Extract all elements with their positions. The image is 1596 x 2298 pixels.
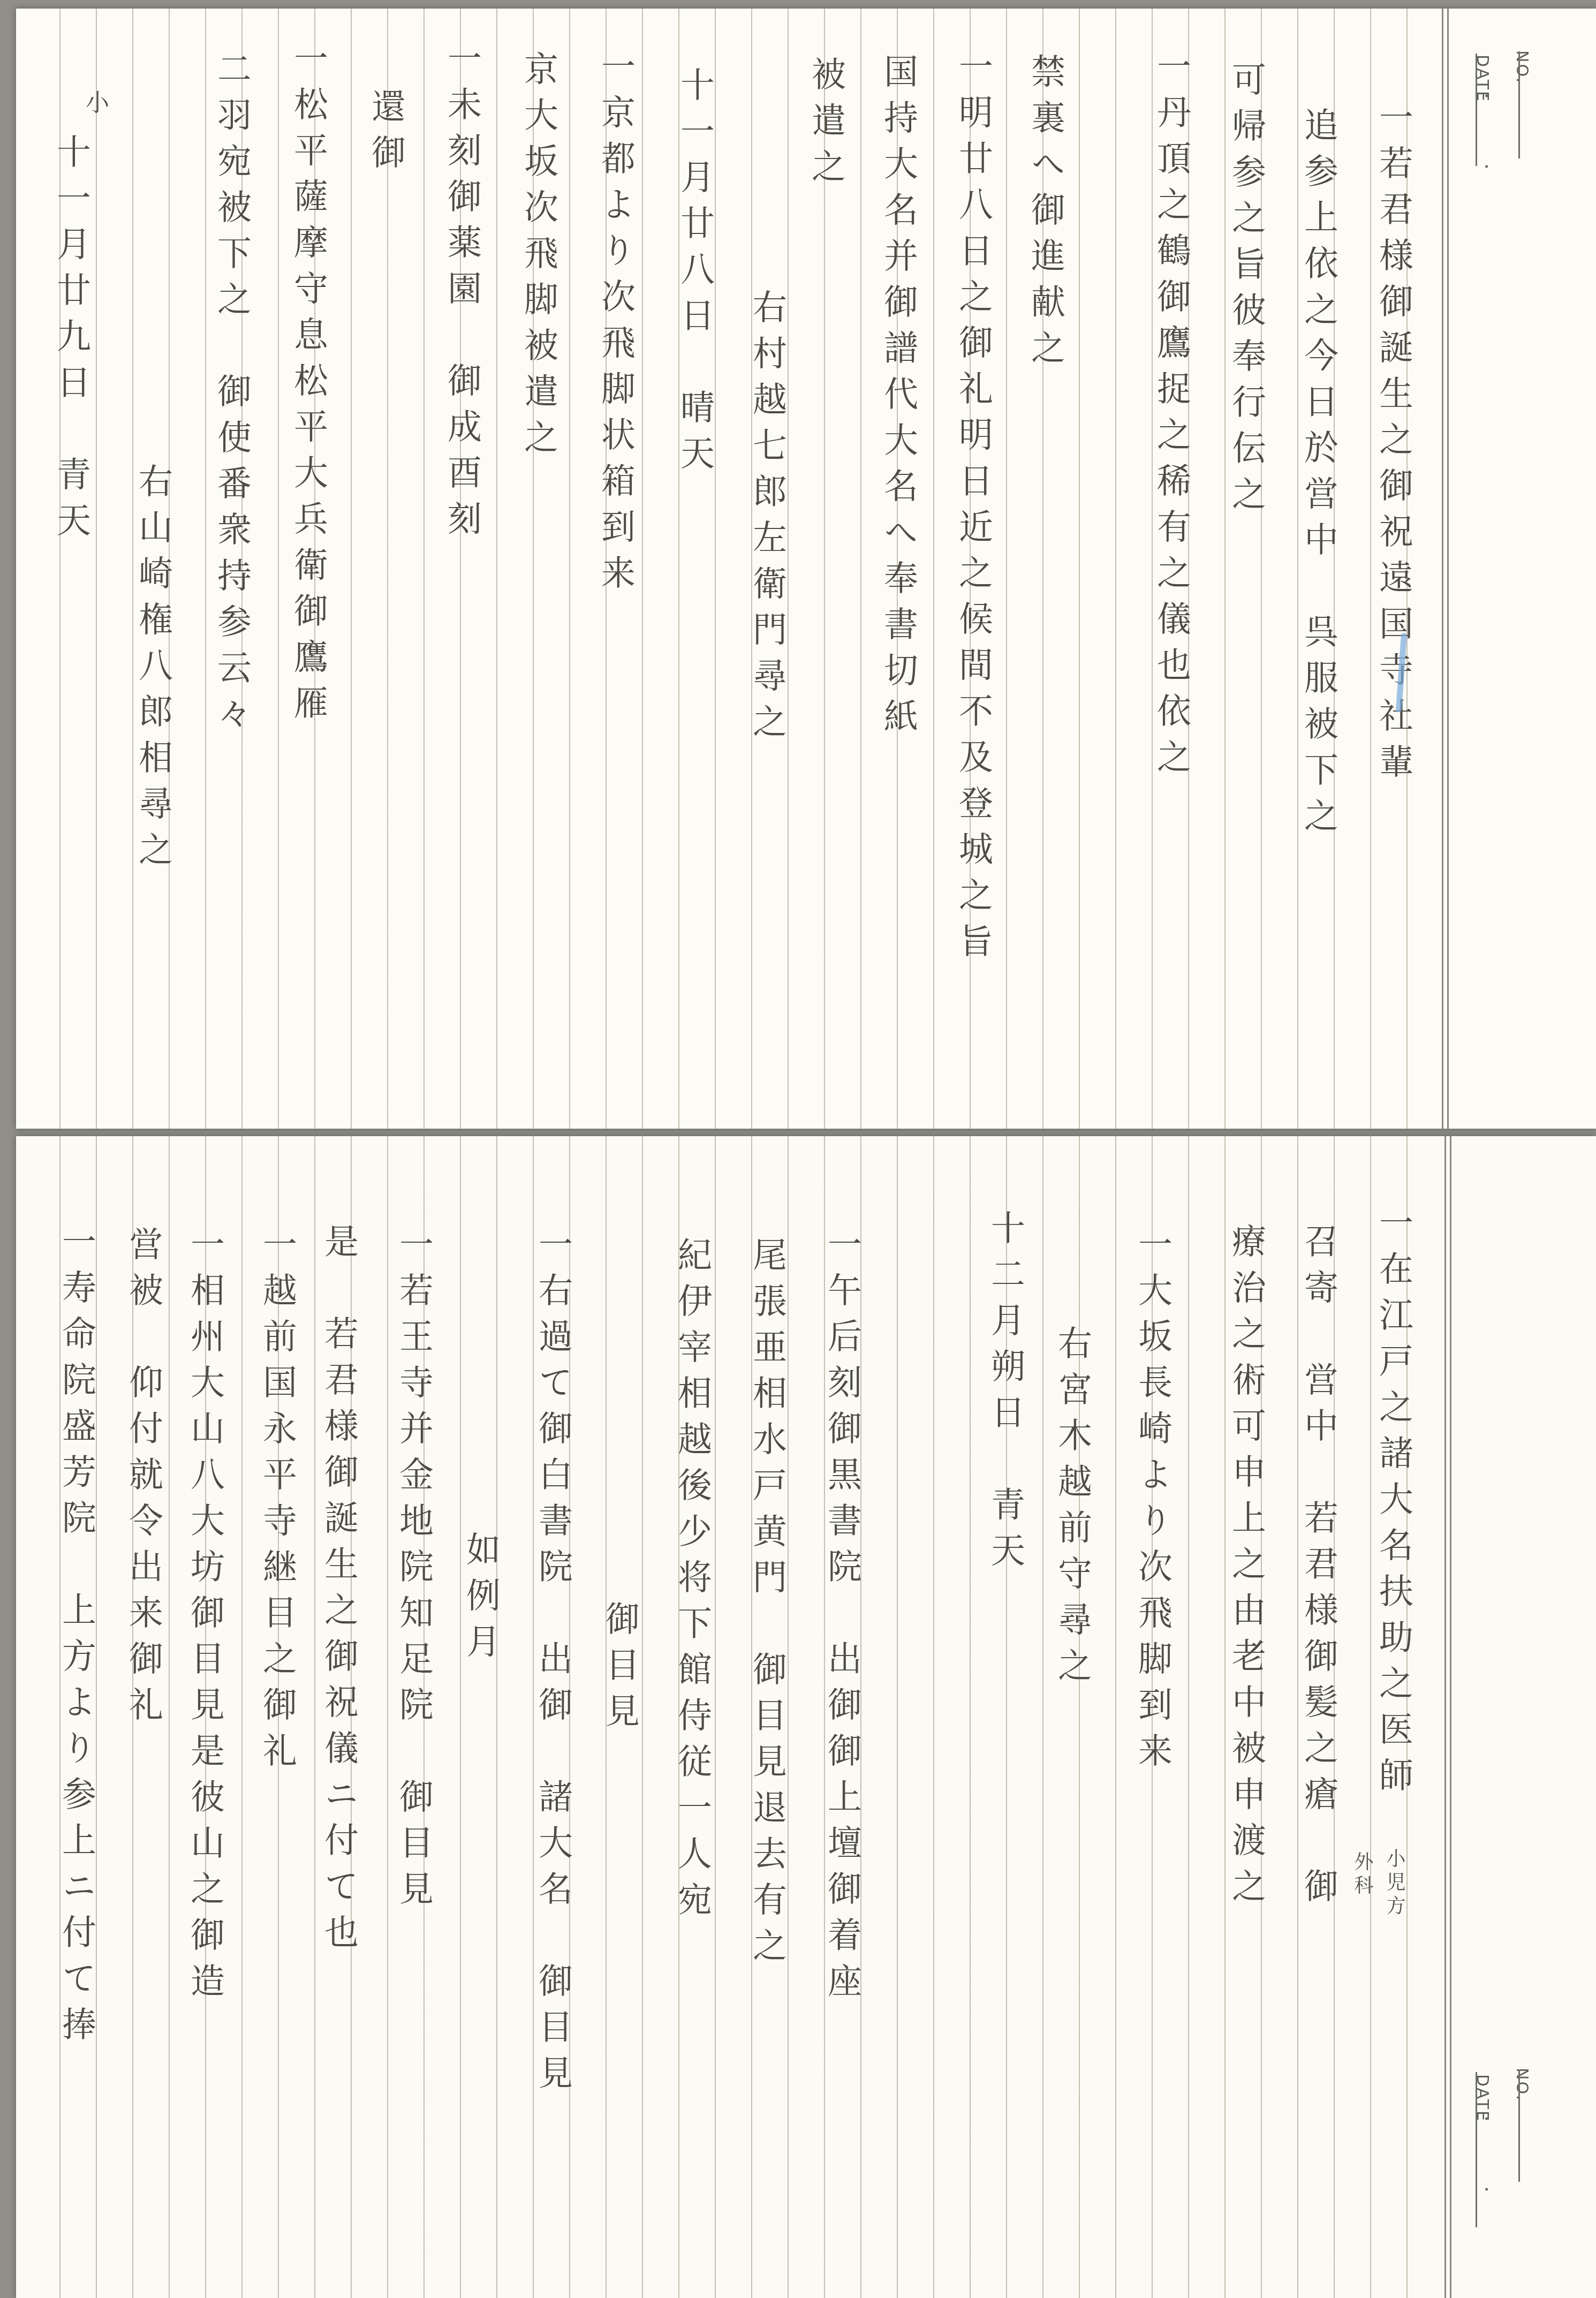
text-column: 一丹頂之鶴御鷹捉之稀有之儀也依之 [1151, 48, 1191, 785]
text-column: 御目見 [600, 1601, 639, 1739]
text-column: 十一月廿九日 青天 [51, 134, 90, 548]
text-column: 国持大名并御譜代大名へ奉書切紙 [878, 54, 918, 744]
text-column: 一右過て御白書院 出御 諸大名 御目見 [533, 1226, 572, 2101]
page-2: NO. DATE ・ ・ 一在江戸之諸大名扶助之医師 小児方 外科 召寄 営中 … [16, 1136, 1596, 2298]
text-column: 可帰参之旨彼奉行伝之 [1226, 62, 1266, 522]
text-column: 一在江戸之諸大名扶助之医師 [1373, 1205, 1413, 1803]
text-column: 一明廿八日之御礼明日近之候間不及登城之旨 [953, 48, 993, 969]
text-column: 一午后刻御黒書院 出御御上壇御着座 [822, 1226, 861, 2009]
margin-double-line [1444, 1136, 1451, 2298]
text-column: 右宮木越前守尋之 [1052, 1325, 1092, 1694]
text-column: 右村越七郎左衛門尋之 [747, 289, 786, 750]
text-column: 一若王寺并金地院知足院 御目見 [394, 1226, 433, 1917]
date-dots: ・ ・ [1477, 89, 1497, 195]
no-underline [1518, 2069, 1520, 2182]
text-column: 是 若君様御誕生之御祝儀ニ付て也 [319, 1223, 358, 1960]
text-column: 還御 [366, 88, 405, 180]
text-column: 二羽宛被下之 御使番衆持参云々 [211, 51, 251, 742]
text-column: 如例月 [460, 1531, 500, 1669]
date-underline [1476, 54, 1477, 166]
month-size-mark: 小 [81, 90, 108, 114]
margin-double-line [1442, 9, 1449, 1129]
text-column: 一大坂長崎より次飛脚到来 [1132, 1226, 1172, 1779]
text-column: 右山崎権八郎相尋之 [133, 463, 172, 878]
no-underline [1518, 51, 1520, 158]
text-column: 尾張亜相水戸黄門 御目見退去有之 [747, 1237, 786, 1974]
text-column: 一松平薩摩守息松平大兵衛御鷹雁 [288, 40, 328, 731]
text-column: 一越前国永平寺継目之御礼 [257, 1226, 297, 1779]
text-column: 一未刻御薬園 御成酉刻 [442, 40, 481, 547]
text-column: 一相州大山八大坊御目見是彼山之御造 [185, 1226, 224, 2009]
scanned-notebook: NO. DATE ・ ・ 一若君様御誕生之御祝遠国寺社輩 追参上依之今日於営中 … [0, 0, 1596, 2298]
text-column: 京大坂次飛脚被遣之 [518, 51, 558, 465]
text-column: 営被 仰付就令出来御礼 [123, 1226, 163, 1733]
no-label: NO. [1512, 2068, 1531, 2102]
text-column: 禁裏へ御進献之 [1025, 54, 1065, 376]
annotation-column: 外科 [1350, 1851, 1374, 1899]
no-label: NO. [1512, 50, 1531, 84]
page-1: NO. DATE ・ ・ 一若君様御誕生之御祝遠国寺社輩 追参上依之今日於営中 … [16, 9, 1596, 1129]
text-column: 一京都より次飛脚状箱到来 [595, 48, 635, 601]
text-column: 一若君様御誕生之御祝遠国寺社輩 [1373, 99, 1413, 790]
text-column: 一寿命院盛芳院 上方より参上ニ付て捧 [56, 1223, 96, 2052]
date-dots: ・ ・ [1477, 2112, 1497, 2218]
text-column: 被遣之 [806, 56, 845, 194]
date-underline [1476, 2072, 1477, 2227]
text-column: 十一月廿八日 晴天 [675, 67, 714, 481]
text-column: 療治之術可申上之由老中被申渡之 [1226, 1223, 1266, 1914]
text-column: 十二月朔日 青天 [985, 1210, 1025, 1578]
annotation-column: 小児方 [1382, 1848, 1406, 1919]
text-column: 紀伊宰相越後少将下館侍従一人宛 [672, 1237, 712, 1927]
text-column: 召寄 営中 若君様御髪之瘡 御 [1298, 1223, 1338, 1914]
text-column: 追参上依之今日於営中 呉服被下之 [1298, 107, 1338, 844]
